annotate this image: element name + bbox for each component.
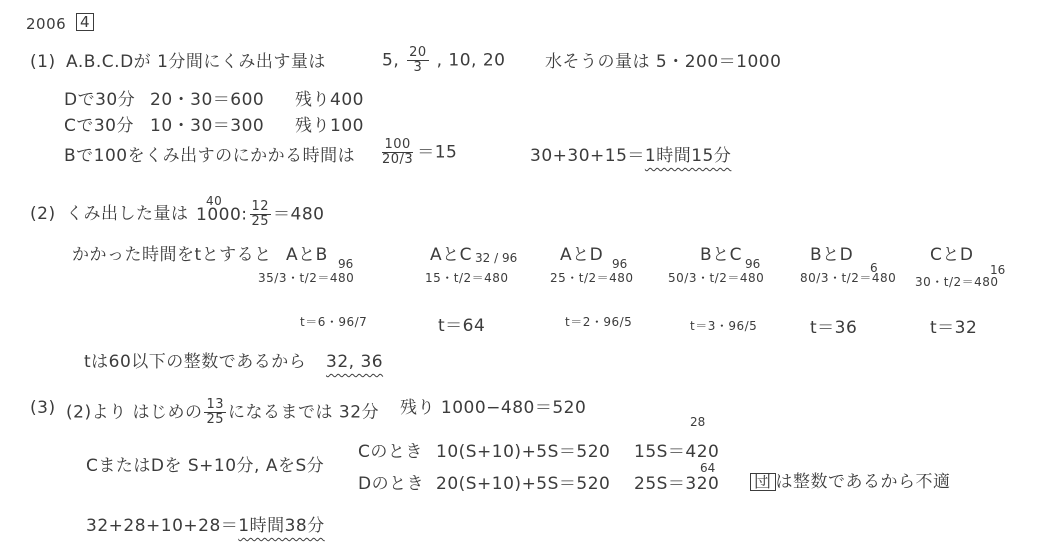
line-d-calc: 20・30＝600	[150, 90, 264, 110]
pair-ac-over: 32 / 96	[475, 252, 517, 264]
part3-remaining: 残り 1000−480＝520	[400, 398, 586, 418]
part1-rates: 5, 203 , 10, 20	[382, 46, 505, 75]
part2-conclusion: tは60以下の整数であるから	[84, 352, 306, 372]
pair-cd-name: CとD	[930, 245, 973, 265]
line-b-calc: 10020/3＝15	[378, 138, 457, 167]
pair-bd-over: 6	[870, 262, 878, 274]
line-c-calc: 10・30＝300	[150, 116, 264, 136]
pair-ab-name: AとB	[286, 245, 328, 265]
problem-number-box: 4	[76, 13, 94, 31]
pumped-fraction: 1225	[250, 200, 272, 229]
pair-ab-result: t＝6・96/7	[300, 316, 367, 329]
pair-bc-name: BとC	[700, 245, 742, 265]
pair-bd-result: t＝36	[810, 318, 857, 338]
part1-label: (1)	[30, 52, 56, 72]
part3-total: 32+28+10+28＝1時間38分	[86, 516, 325, 536]
pair-ad-name: AとD	[560, 245, 603, 265]
pair-bd-eq: 80/3・t/2＝480	[800, 272, 896, 285]
part2-pumped-intro: くみ出した量は	[66, 204, 189, 224]
line-d-label: Dで30分	[64, 90, 135, 110]
pair-ac-result: t＝64	[438, 316, 485, 336]
case-c-label: Cのとき	[358, 442, 423, 462]
part3-assume: CまたはDを S+10分, AをS分	[86, 456, 324, 476]
case-d-eq: 20(S+10)+5S＝520	[436, 474, 610, 494]
part2-time-intro: かかった時間をtとすると	[72, 245, 272, 265]
rate-a: 5,	[382, 51, 399, 71]
pair-bc-result: t＝3・96/5	[690, 320, 757, 333]
case-d-work: 25S＝320	[634, 474, 719, 494]
line-c-rest: 残り100	[295, 116, 364, 136]
line-d-rest: 残り400	[295, 90, 364, 110]
case-d-label: Dのとき	[358, 474, 424, 494]
part3-intro: (2)より はじめの1325になるまでは 32分	[66, 398, 379, 427]
part1-answer: 1時間15分	[645, 146, 731, 166]
pair-cd-over: 16	[990, 264, 1005, 276]
case-c-eq: 10(S+10)+5S＝520	[436, 442, 610, 462]
pair-ab-eq: 35/3・t/2＝480	[258, 272, 354, 285]
part3-label: (3)	[30, 398, 56, 418]
part2-answer: 32, 36	[326, 352, 383, 372]
part3-reject: 団は整数であるから不適	[750, 472, 951, 492]
reject-box: 団	[750, 473, 776, 491]
case-c-work: 15S＝420	[634, 442, 719, 462]
part1-rates-intro: A.B.C.Dが 1分間にくみ出す量は	[66, 52, 326, 72]
pair-ab-over: 96	[338, 258, 353, 270]
pair-bd-name: BとD	[810, 245, 853, 265]
line-b-label: Bで100をくみ出すのにかかる時間は	[64, 146, 355, 166]
pair-ad-result: t＝2・96/5	[565, 316, 632, 329]
part3-answer: 1時間38分	[238, 516, 324, 536]
problem-number: 4	[76, 12, 94, 32]
case-c-over: 28	[690, 416, 705, 428]
line-b-fraction: 10020/3	[380, 138, 415, 167]
pair-ad-eq: 25・t/2＝480	[550, 272, 634, 285]
part1-tank: 水そうの量は 5・200＝1000	[545, 52, 781, 72]
pair-cd-eq: 30・t/2＝480	[915, 276, 999, 289]
pair-bc-over: 96	[745, 258, 760, 270]
part3-fraction: 1325	[204, 398, 226, 427]
line-c-label: Cで30分	[64, 116, 134, 136]
part1-total: 30+30+15＝1時間15分	[530, 146, 731, 166]
case-d-over: 64	[700, 462, 715, 474]
pair-cd-result: t＝32	[930, 318, 977, 338]
rate-b-fraction: 203	[407, 46, 429, 75]
rate-cd: , 10, 20	[437, 51, 506, 71]
year-label: 2006	[26, 14, 66, 34]
part2-pumped-calc: 401000:1225＝480	[196, 200, 325, 229]
pair-ad-over: 96	[612, 258, 627, 270]
pair-bc-eq: 50/3・t/2＝480	[668, 272, 764, 285]
pair-ac-eq: 15・t/2＝480	[425, 272, 509, 285]
part2-label: (2)	[30, 204, 56, 224]
pair-ac-name: AとC	[430, 245, 472, 265]
